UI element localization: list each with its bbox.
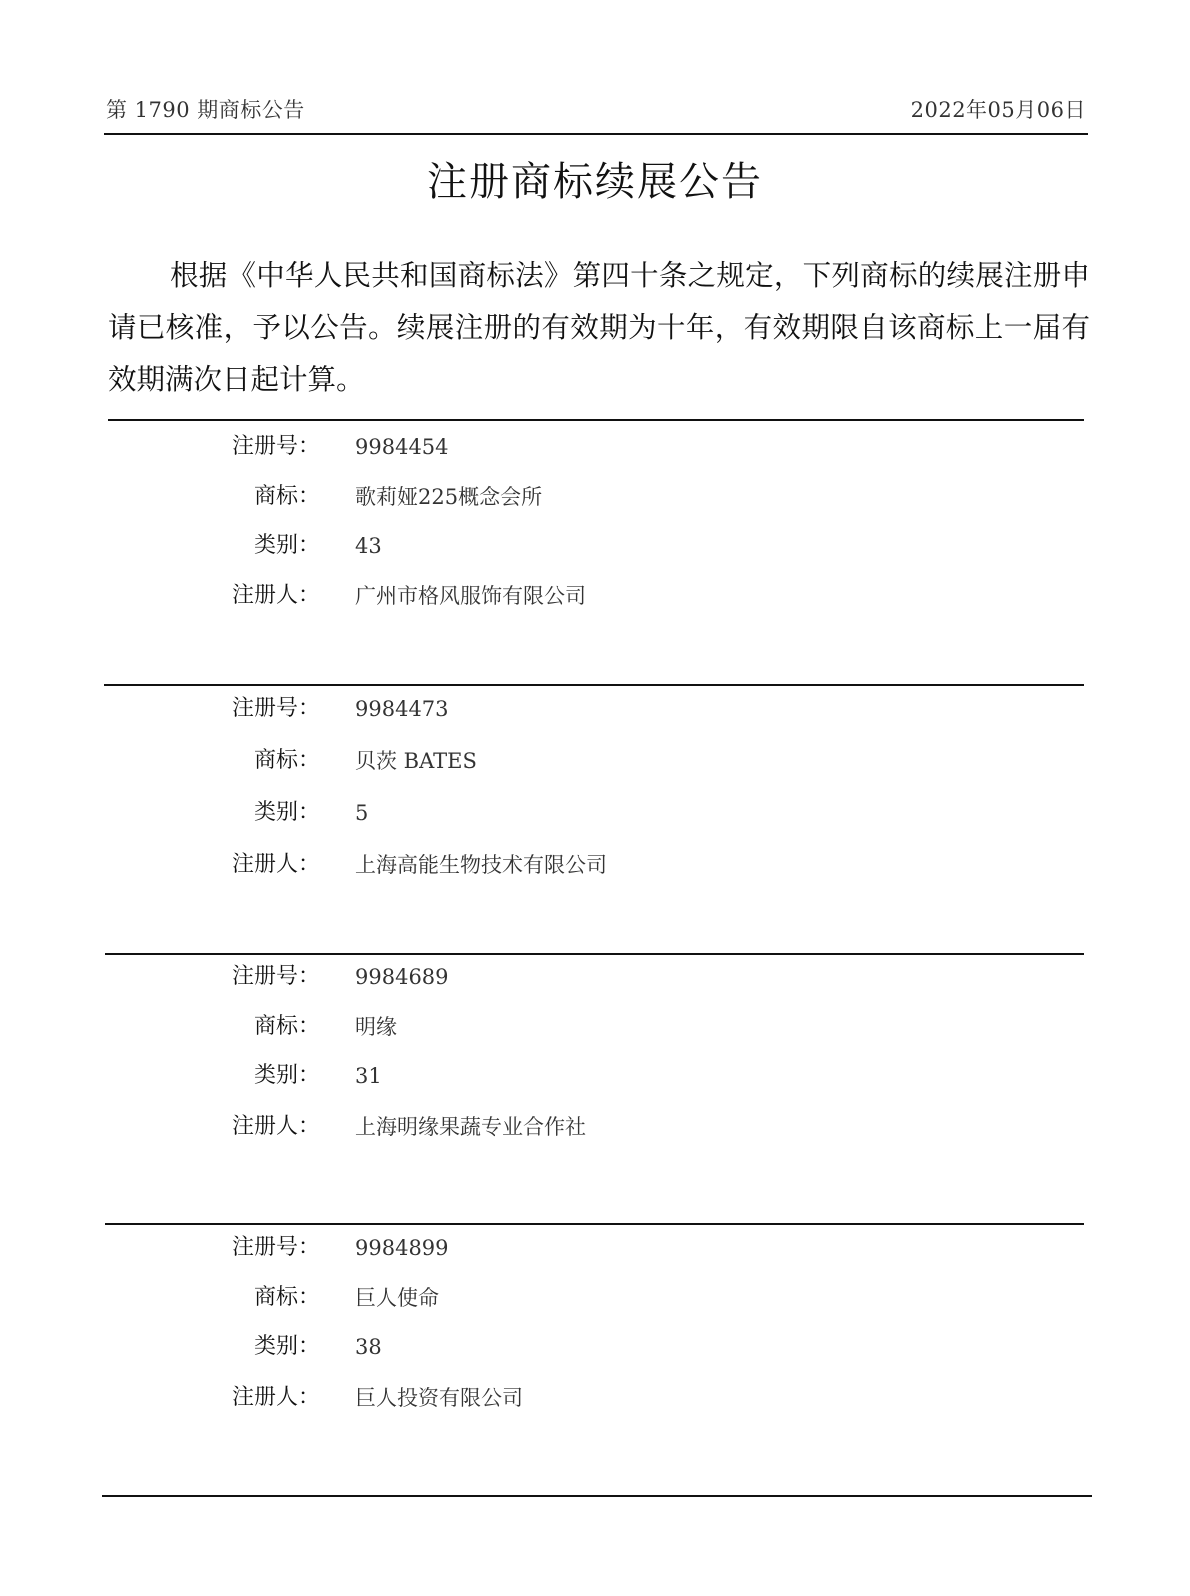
class-value: 43 <box>355 531 382 561</box>
registrant-label: 注册人： <box>232 581 320 611</box>
mark-value: 巨人使命 <box>355 1283 439 1313</box>
registrant-value: 巨人投资有限公司 <box>355 1383 523 1413</box>
mark-label: 商标： <box>254 1283 320 1313</box>
registrant-value: 上海明缘果蔬专业合作社 <box>355 1112 586 1142</box>
registrant-value: 广州市格风服饰有限公司 <box>355 581 586 611</box>
record-row-registrant: 注册人： 上海高能生物技术有限公司 <box>0 850 1190 880</box>
intro-paragraph: 根据《中华人民共和国商标法》第四十条之规定，下列商标的续展注册申请已核准，予以公… <box>108 250 1090 406</box>
reg-no-label: 注册号： <box>232 1233 320 1263</box>
publication-date: 2022年05月06日 <box>911 94 1086 124</box>
record-row-mark: 商标： 贝茨 BATES <box>0 746 1190 776</box>
mark-label: 商标： <box>254 746 320 776</box>
reg-no-label: 注册号： <box>232 432 320 462</box>
record-row-reg-no: 注册号： 9984454 <box>0 432 1190 462</box>
record-row-class: 类别： 38 <box>0 1332 1190 1362</box>
record-row-registrant: 注册人： 巨人投资有限公司 <box>0 1383 1190 1413</box>
mark-value: 贝茨 BATES <box>355 746 477 776</box>
reg-no-value: 9984689 <box>355 962 449 992</box>
class-value: 38 <box>355 1332 382 1362</box>
record-row-reg-no: 注册号： 9984899 <box>0 1233 1190 1263</box>
registrant-label: 注册人： <box>232 850 320 880</box>
record-row-class: 类别： 5 <box>0 798 1190 828</box>
header-divider <box>104 133 1088 135</box>
record-divider <box>104 684 1084 686</box>
record-row-reg-no: 注册号： 9984689 <box>0 962 1190 992</box>
record-row-mark: 商标： 歌莉娅225概念会所 <box>0 482 1190 512</box>
class-label: 类别： <box>254 798 320 828</box>
record-row-class: 类别： 31 <box>0 1061 1190 1091</box>
reg-no-label: 注册号： <box>232 694 320 724</box>
record-row-registrant: 注册人： 上海明缘果蔬专业合作社 <box>0 1112 1190 1142</box>
registrant-value: 上海高能生物技术有限公司 <box>355 850 607 880</box>
reg-no-value: 9984454 <box>355 432 449 462</box>
record-divider <box>105 1223 1084 1225</box>
record-row-mark: 商标： 巨人使命 <box>0 1283 1190 1313</box>
record-divider <box>108 419 1084 421</box>
record-divider <box>105 953 1084 955</box>
class-value: 5 <box>355 798 368 828</box>
record-row-mark: 商标： 明缘 <box>0 1012 1190 1042</box>
record-row-registrant: 注册人： 广州市格风服饰有限公司 <box>0 581 1190 611</box>
issue-number: 第 1790 期商标公告 <box>106 94 305 124</box>
reg-no-value: 9984899 <box>355 1233 449 1263</box>
mark-value: 明缘 <box>355 1012 397 1042</box>
record-row-class: 类别： 43 <box>0 531 1190 561</box>
class-value: 31 <box>355 1061 382 1091</box>
page-title: 注册商标续展公告 <box>0 150 1190 207</box>
class-label: 类别： <box>254 531 320 561</box>
reg-no-value: 9984473 <box>355 694 449 724</box>
class-label: 类别： <box>254 1061 320 1091</box>
mark-label: 商标： <box>254 1012 320 1042</box>
mark-value: 歌莉娅225概念会所 <box>355 482 542 512</box>
footer-divider <box>102 1495 1092 1497</box>
registrant-label: 注册人： <box>232 1112 320 1142</box>
reg-no-label: 注册号： <box>232 962 320 992</box>
record-row-reg-no: 注册号： 9984473 <box>0 694 1190 724</box>
mark-label: 商标： <box>254 482 320 512</box>
class-label: 类别： <box>254 1332 320 1362</box>
registrant-label: 注册人： <box>232 1383 320 1413</box>
